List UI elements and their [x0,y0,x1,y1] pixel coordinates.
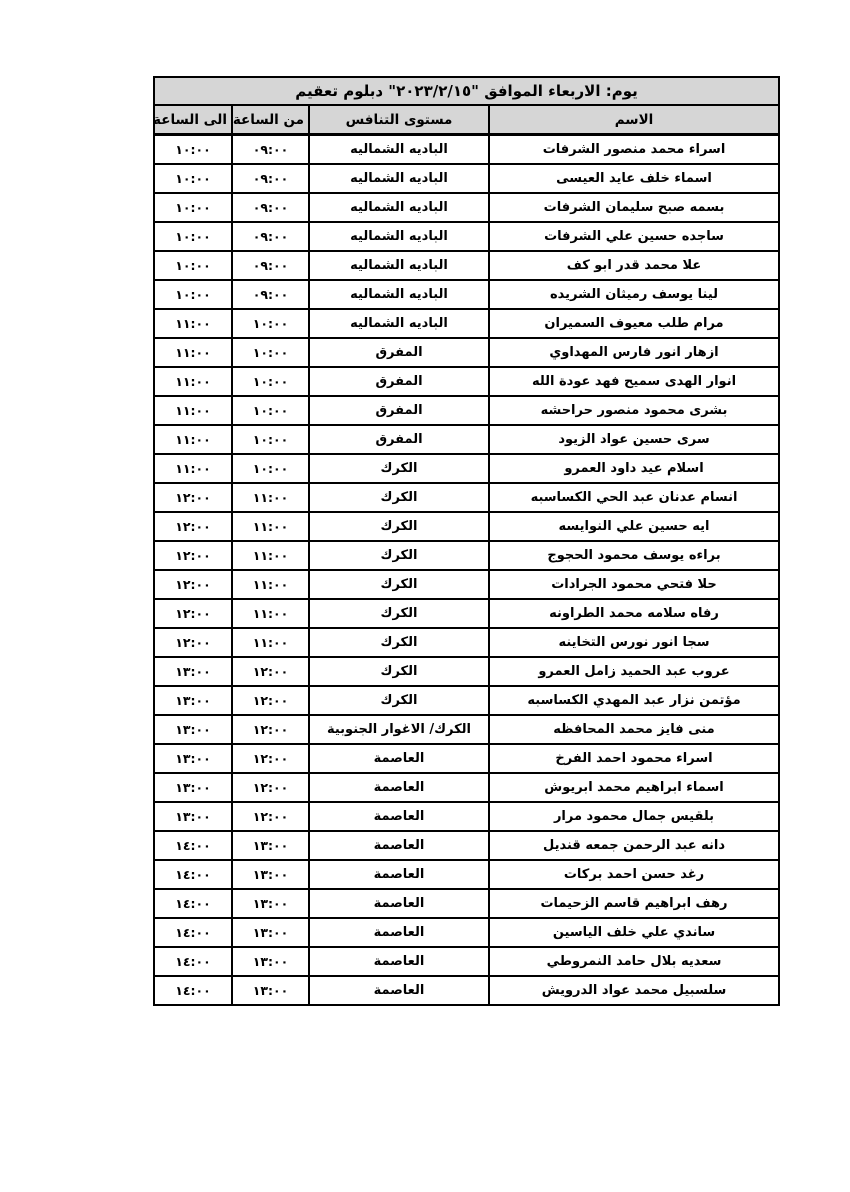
table-row: ازهار انور فارس المهداويالمفرق١٠:٠٠١١:٠٠ [154,338,779,367]
cell-to: ١٢:٠٠ [154,512,232,541]
table-row: ايه حسين علي النوايسهالكرك١١:٠٠١٢:٠٠ [154,512,779,541]
cell-name: براءه يوسف محمود الحجوج [489,541,779,570]
cell-from: ١٣:٠٠ [232,831,309,860]
cell-from: ٠٩:٠٠ [232,222,309,251]
cell-from: ١٠:٠٠ [232,454,309,483]
cell-to: ١٢:٠٠ [154,483,232,512]
cell-name: اسماء خلف عايد العيسى [489,164,779,193]
cell-to: ١٤:٠٠ [154,976,232,1005]
column-header-name: الاسم [489,105,779,135]
table-row: بسمه صبح سليمان الشرفاتالباديه الشماليه٠… [154,193,779,222]
table-row: سلسبيل محمد عواد الدرويشالعاصمة١٣:٠٠١٤:٠… [154,976,779,1005]
cell-from: ١٢:٠٠ [232,715,309,744]
cell-from: ١٠:٠٠ [232,309,309,338]
page: { "page": { "background": "#ffffff" }, "… [0,0,850,1192]
table-row: لينا يوسف رميثان الشريدهالباديه الشماليه… [154,280,779,309]
cell-to: ١٣:٠٠ [154,773,232,802]
table-row: ساندي علي خلف الياسينالعاصمة١٣:٠٠١٤:٠٠ [154,918,779,947]
cell-name: مرام طلب معيوف السميران [489,309,779,338]
table-row: رفاه سلامه محمد الطراونهالكرك١١:٠٠١٢:٠٠ [154,599,779,628]
cell-level: المفرق [309,425,489,454]
cell-to: ١٤:٠٠ [154,918,232,947]
table-row: علا محمد قدر ابو كفالباديه الشماليه٠٩:٠٠… [154,251,779,280]
table-row: مؤتمن نزار عبد المهدي الكساسبهالكرك١٢:٠٠… [154,686,779,715]
cell-from: ١٣:٠٠ [232,976,309,1005]
cell-level: الباديه الشماليه [309,309,489,338]
cell-name: سرى حسين عواد الزيود [489,425,779,454]
cell-to: ١٠:٠٠ [154,222,232,251]
column-header-to: الى الساعة [154,105,232,135]
table-title: يوم: الاربعاء الموافق "٢٠٢٣/٢/١٥" دبلوم … [154,77,779,105]
cell-to: ١٤:٠٠ [154,860,232,889]
cell-from: ١٣:٠٠ [232,860,309,889]
table-row: حلا فتحي محمود الجراداتالكرك١١:٠٠١٢:٠٠ [154,570,779,599]
cell-from: ٠٩:٠٠ [232,164,309,193]
cell-to: ١٠:٠٠ [154,193,232,222]
cell-to: ١١:٠٠ [154,425,232,454]
cell-name: سعديه بلال حامد النمروطي [489,947,779,976]
cell-level: المفرق [309,338,489,367]
cell-level: العاصمة [309,860,489,889]
cell-to: ١٠:٠٠ [154,280,232,309]
cell-level: العاصمة [309,773,489,802]
table-row: رغد حسن احمد بركاتالعاصمة١٣:٠٠١٤:٠٠ [154,860,779,889]
cell-from: ١٢:٠٠ [232,773,309,802]
cell-name: ايه حسين علي النوايسه [489,512,779,541]
cell-name: رهف ابراهيم قاسم الزحيمات [489,889,779,918]
cell-level: الباديه الشماليه [309,164,489,193]
cell-to: ١٠:٠٠ [154,251,232,280]
cell-name: انوار الهدى سميح فهد عودة الله [489,367,779,396]
cell-to: ١١:٠٠ [154,454,232,483]
table-row: انوار الهدى سميح فهد عودة اللهالمفرق١٠:٠… [154,367,779,396]
cell-to: ١٠:٠٠ [154,164,232,193]
cell-to: ١١:٠٠ [154,367,232,396]
cell-level: الباديه الشماليه [309,280,489,309]
cell-name: مؤتمن نزار عبد المهدي الكساسبه [489,686,779,715]
cell-to: ١٠:٠٠ [154,135,232,164]
cell-level: العاصمة [309,831,489,860]
cell-to: ١٣:٠٠ [154,802,232,831]
cell-name: علا محمد قدر ابو كف [489,251,779,280]
cell-level: المفرق [309,367,489,396]
cell-level: الباديه الشماليه [309,193,489,222]
cell-name: اسراء محمد منصور الشرفات [489,135,779,164]
cell-name: منى فايز محمد المحافظه [489,715,779,744]
table-row: سرى حسين عواد الزيودالمفرق١٠:٠٠١١:٠٠ [154,425,779,454]
cell-name: انسام عدنان عبد الحي الكساسبه [489,483,779,512]
cell-from: ١١:٠٠ [232,512,309,541]
cell-to: ١٢:٠٠ [154,599,232,628]
cell-level: الكرك/ الاغوار الجنوبية [309,715,489,744]
table-header-row: الاسم مستوى التنافس من الساعة الى الساعة [154,105,779,135]
cell-name: رغد حسن احمد بركات [489,860,779,889]
cell-from: ١٢:٠٠ [232,686,309,715]
cell-from: ١١:٠٠ [232,541,309,570]
cell-level: الكرك [309,628,489,657]
cell-to: ١٢:٠٠ [154,570,232,599]
cell-to: ١٢:٠٠ [154,628,232,657]
cell-from: ١٣:٠٠ [232,918,309,947]
table-row: منى فايز محمد المحافظهالكرك/ الاغوار الج… [154,715,779,744]
table-row: بلقيس جمال محمود مرارالعاصمة١٢:٠٠١٣:٠٠ [154,802,779,831]
cell-from: ١١:٠٠ [232,599,309,628]
table-row: مرام طلب معيوف السميرانالباديه الشماليه١… [154,309,779,338]
table-row: دانه عبد الرحمن جمعه قنديلالعاصمة١٣:٠٠١٤… [154,831,779,860]
cell-to: ١٣:٠٠ [154,715,232,744]
cell-name: اسلام عيد داود العمرو [489,454,779,483]
table-title-row: يوم: الاربعاء الموافق "٢٠٢٣/٢/١٥" دبلوم … [154,77,779,105]
table-row: بشرى محمود منصور حراحشهالمفرق١٠:٠٠١١:٠٠ [154,396,779,425]
cell-from: ٠٩:٠٠ [232,135,309,164]
cell-level: المفرق [309,396,489,425]
cell-level: الكرك [309,541,489,570]
cell-from: ١١:٠٠ [232,483,309,512]
table-row: عروب عبد الحميد زامل العمروالكرك١٢:٠٠١٣:… [154,657,779,686]
cell-name: دانه عبد الرحمن جمعه قنديل [489,831,779,860]
cell-name: لينا يوسف رميثان الشريده [489,280,779,309]
cell-level: الكرك [309,686,489,715]
cell-level: الكرك [309,512,489,541]
cell-from: ١٠:٠٠ [232,425,309,454]
cell-name: بلقيس جمال محمود مرار [489,802,779,831]
cell-name: ازهار انور فارس المهداوي [489,338,779,367]
cell-level: العاصمة [309,947,489,976]
cell-level: الكرك [309,454,489,483]
table-row: اسلام عيد داود العمروالكرك١٠:٠٠١١:٠٠ [154,454,779,483]
table-row: ساجده حسين علي الشرفاتالباديه الشماليه٠٩… [154,222,779,251]
cell-name: رفاه سلامه محمد الطراونه [489,599,779,628]
cell-name: اسراء محمود احمد الفرخ [489,744,779,773]
column-header-level: مستوى التنافس [309,105,489,135]
cell-name: سلسبيل محمد عواد الدرويش [489,976,779,1005]
cell-level: العاصمة [309,918,489,947]
table-row: سجا انور نورس التخاينهالكرك١١:٠٠١٢:٠٠ [154,628,779,657]
cell-to: ١٢:٠٠ [154,541,232,570]
cell-from: ١٢:٠٠ [232,802,309,831]
table-row: اسماء خلف عايد العيسىالباديه الشماليه٠٩:… [154,164,779,193]
cell-level: الكرك [309,483,489,512]
cell-name: سجا انور نورس التخاينه [489,628,779,657]
table-row: اسماء ابراهيم محمد ابريوشالعاصمة١٢:٠٠١٣:… [154,773,779,802]
cell-name: عروب عبد الحميد زامل العمرو [489,657,779,686]
cell-name: حلا فتحي محمود الجرادات [489,570,779,599]
cell-level: الكرك [309,657,489,686]
table-row: انسام عدنان عبد الحي الكساسبهالكرك١١:٠٠١… [154,483,779,512]
cell-from: ١١:٠٠ [232,570,309,599]
cell-from: ١٠:٠٠ [232,367,309,396]
cell-to: ١٣:٠٠ [154,744,232,773]
cell-to: ١١:٠٠ [154,309,232,338]
cell-name: ساندي علي خلف الياسين [489,918,779,947]
schedule-sheet: يوم: الاربعاء الموافق "٢٠٢٣/٢/١٥" دبلوم … [155,76,780,1006]
cell-name: ساجده حسين علي الشرفات [489,222,779,251]
cell-from: ١٢:٠٠ [232,657,309,686]
table-row: اسراء محمد منصور الشرفاتالباديه الشماليه… [154,135,779,164]
column-header-from: من الساعة [232,105,309,135]
cell-level: الكرك [309,570,489,599]
cell-to: ١٤:٠٠ [154,831,232,860]
cell-level: العاصمة [309,889,489,918]
table-row: سعديه بلال حامد النمروطيالعاصمة١٣:٠٠١٤:٠… [154,947,779,976]
cell-from: ١٠:٠٠ [232,338,309,367]
table-row: اسراء محمود احمد الفرخالعاصمة١٢:٠٠١٣:٠٠ [154,744,779,773]
cell-name: بسمه صبح سليمان الشرفات [489,193,779,222]
table-body: اسراء محمد منصور الشرفاتالباديه الشماليه… [154,135,779,1005]
cell-from: ١٣:٠٠ [232,947,309,976]
table-row: رهف ابراهيم قاسم الزحيماتالعاصمة١٣:٠٠١٤:… [154,889,779,918]
cell-from: ١٢:٠٠ [232,744,309,773]
cell-level: الباديه الشماليه [309,251,489,280]
cell-from: ٠٩:٠٠ [232,251,309,280]
cell-to: ١٣:٠٠ [154,657,232,686]
cell-level: العاصمة [309,802,489,831]
cell-name: اسماء ابراهيم محمد ابريوش [489,773,779,802]
cell-to: ١٤:٠٠ [154,947,232,976]
cell-to: ١١:٠٠ [154,396,232,425]
cell-from: ١٣:٠٠ [232,889,309,918]
cell-level: الباديه الشماليه [309,222,489,251]
cell-to: ١٣:٠٠ [154,686,232,715]
cell-from: ١٠:٠٠ [232,396,309,425]
cell-to: ١١:٠٠ [154,338,232,367]
cell-from: ١١:٠٠ [232,628,309,657]
cell-level: العاصمة [309,976,489,1005]
cell-name: بشرى محمود منصور حراحشه [489,396,779,425]
cell-level: الكرك [309,599,489,628]
cell-from: ٠٩:٠٠ [232,193,309,222]
table-row: براءه يوسف محمود الحجوجالكرك١١:٠٠١٢:٠٠ [154,541,779,570]
cell-level: العاصمة [309,744,489,773]
cell-from: ٠٩:٠٠ [232,280,309,309]
cell-level: الباديه الشماليه [309,135,489,164]
schedule-table: يوم: الاربعاء الموافق "٢٠٢٣/٢/١٥" دبلوم … [153,76,780,1006]
cell-to: ١٤:٠٠ [154,889,232,918]
